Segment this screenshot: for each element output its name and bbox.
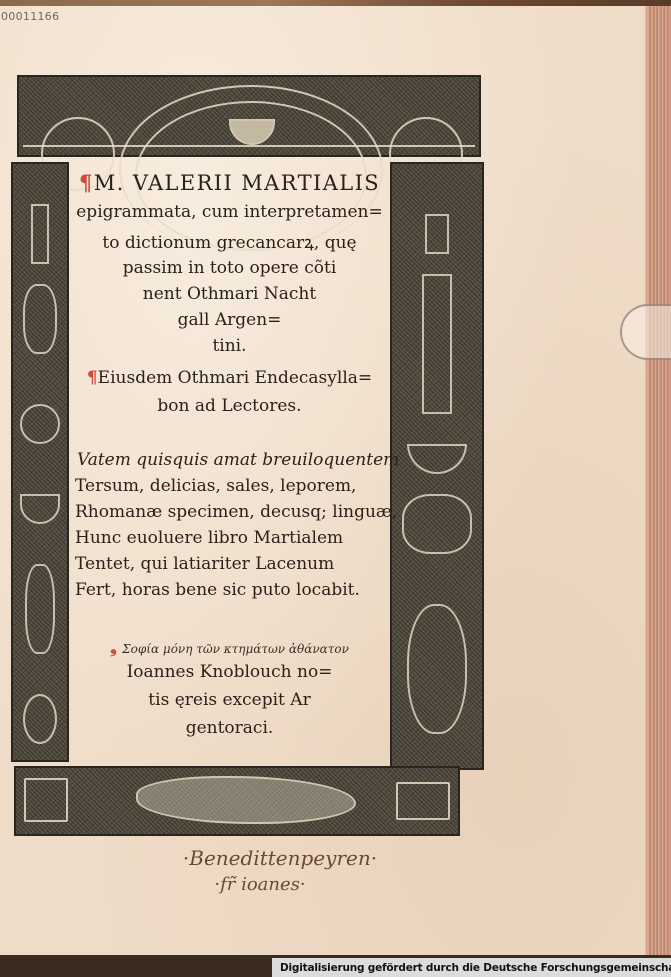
page-edges	[645, 6, 671, 964]
greek-motto: ❟ Σοφία μόνη τῶν κτημάτων ἀθάνατον	[69, 638, 390, 658]
subtitle-line: to dictionum grecancarꝝ, quę	[69, 230, 390, 253]
basin-ornament	[407, 444, 467, 474]
subtitle-line: tini.	[69, 336, 390, 356]
rubric-pilcrow: ¶	[87, 368, 98, 388]
griffins-ornament	[402, 494, 472, 554]
woodcut-left-column	[11, 162, 69, 762]
handwritten-provenance: ·Benedittenpeyren·	[0, 846, 560, 870]
panel-right-ornament	[396, 782, 450, 820]
vase-ornament	[20, 494, 60, 524]
funding-credit-bar: Digitalisierung gefördert durch die Deut…	[272, 958, 671, 977]
faces-ornament	[20, 404, 60, 444]
woodcut-top-border	[17, 75, 481, 157]
title-text-panel: ¶M. VALERII MARTIALIS epigrammata, cum i…	[69, 162, 390, 762]
dolphin-ornament	[25, 564, 55, 654]
poem-line: Fert, horas bene sic puto locabit.	[75, 580, 396, 600]
capital-ornament	[425, 214, 449, 254]
column-shaft-ornament	[31, 204, 49, 264]
poem-line: Tentet, qui latiariter Lacenum	[75, 554, 396, 574]
subtitle-line: gall Argen=	[69, 310, 390, 330]
poem-line: Tersum, delicias, sales, leporem,	[75, 476, 396, 496]
woodcut-bottom-border	[14, 766, 460, 836]
panel-left-ornament	[24, 778, 68, 822]
book-title: ¶M. VALERII MARTIALIS	[79, 170, 399, 195]
border-baseline	[23, 145, 475, 147]
colophon-line: gentoraci.	[69, 718, 390, 738]
poem-line: Vatem quisquis amat breuiloquentem	[77, 450, 398, 470]
subtitle-line: passim in toto opere cõti	[69, 258, 390, 278]
scroll-ornament	[407, 604, 467, 734]
colophon-line: tis ęreis excepit Ar	[69, 690, 390, 710]
mask-ornament	[23, 694, 57, 744]
poem-line: Rhomanæ specimen, decusq; linguæ,	[75, 502, 396, 522]
woodcut-right-column	[390, 162, 484, 770]
section2-heading: bon ad Lectores.	[69, 396, 390, 416]
colophon-line: Ioannes Knoblouch no=	[69, 662, 390, 682]
rubric-mark: ❟	[110, 638, 117, 658]
column-ornament	[422, 274, 452, 414]
section2-heading: ¶Eiusdem Othmari Endecasylla=	[69, 368, 390, 388]
scan-id-label: 00011166	[1, 10, 59, 23]
subtitle-line: epigrammata, cum interpretamen=	[69, 202, 390, 222]
handwritten-name: ·fr̃ ioanes·	[0, 874, 540, 895]
sea-creatures-ornament	[136, 776, 356, 824]
poem-line: Hunc euoluere libro Martialem	[75, 528, 396, 548]
rubric-pilcrow: ¶	[79, 170, 94, 195]
funding-credit-text: Digitalisierung gefördert durch die Deut…	[280, 962, 671, 974]
page-tab-marker	[620, 304, 671, 360]
subtitle-line: nent Othmari Nacht	[69, 284, 390, 304]
putti-ornament	[23, 284, 57, 354]
